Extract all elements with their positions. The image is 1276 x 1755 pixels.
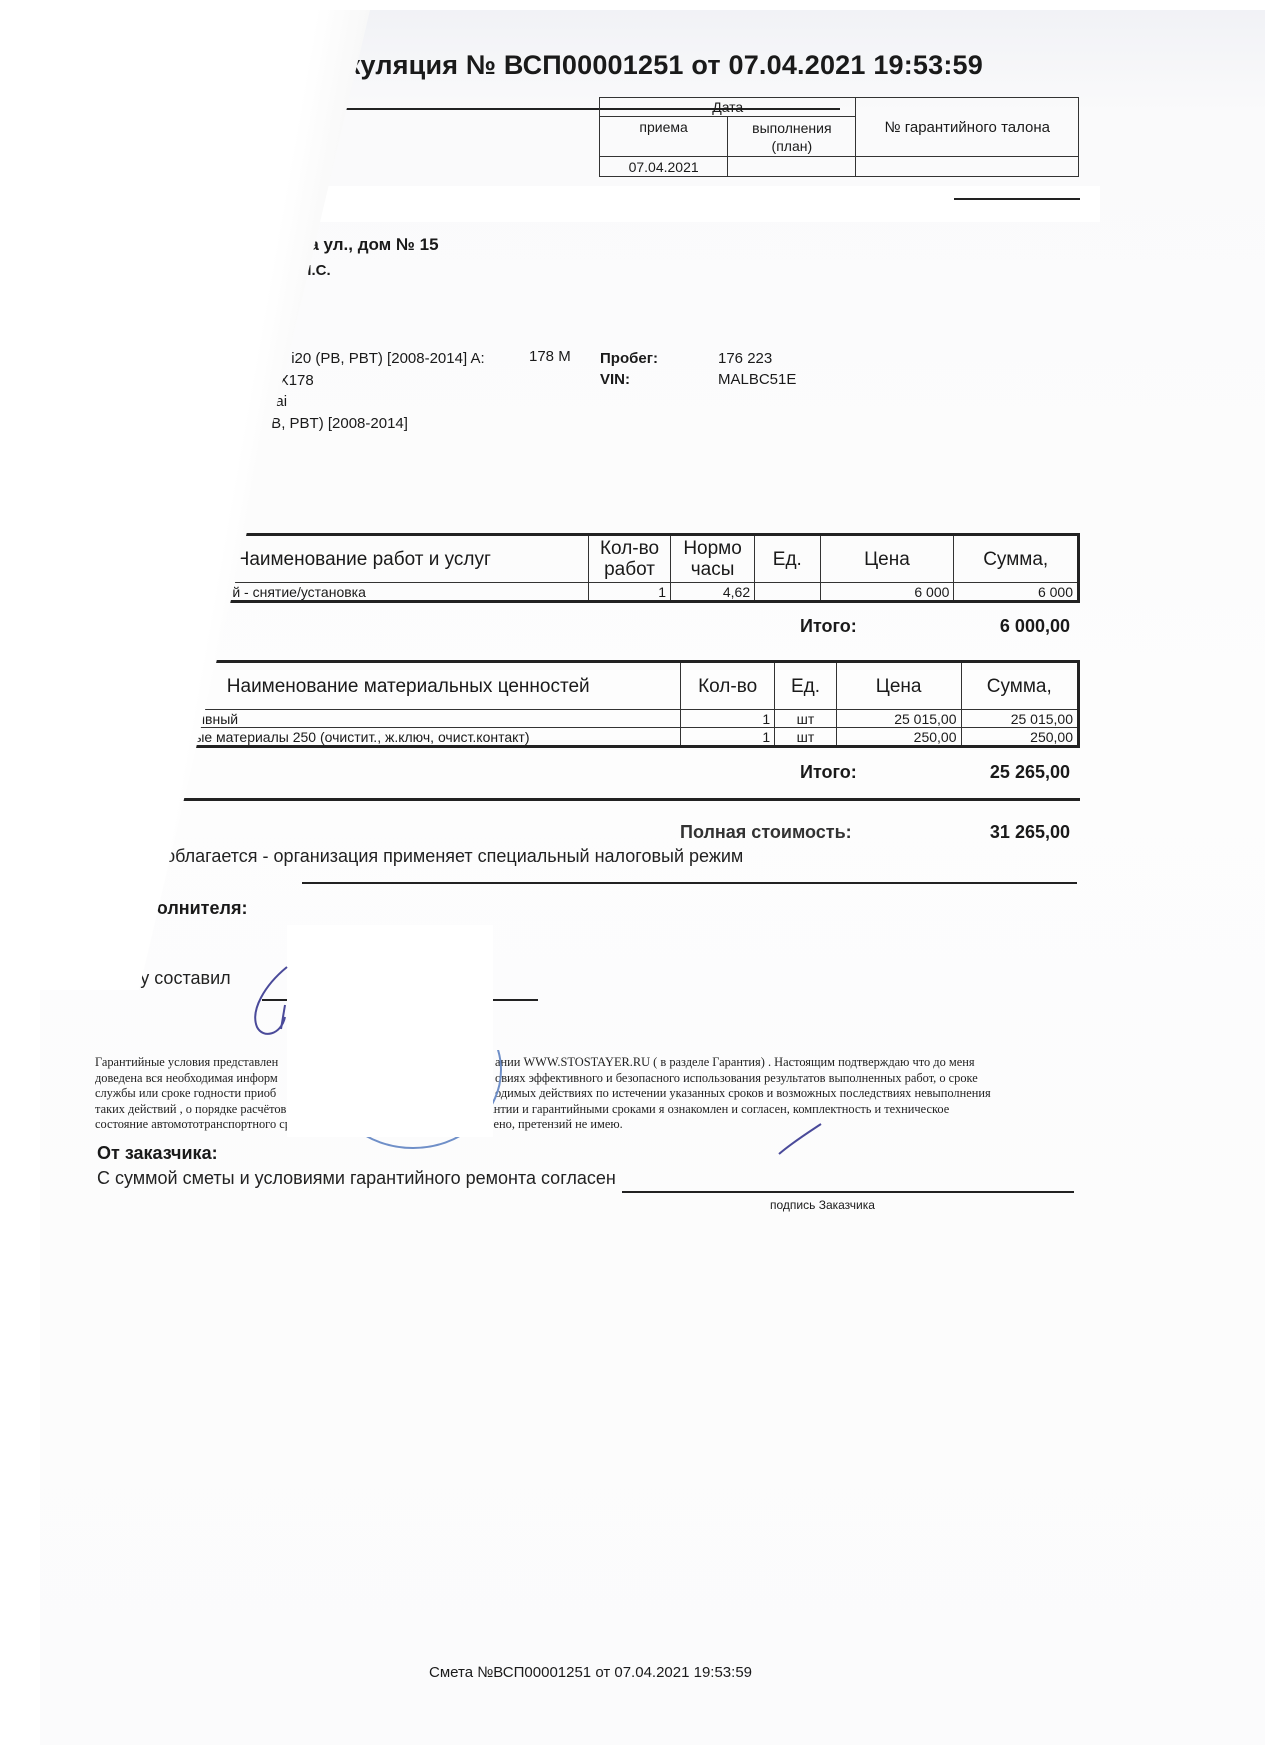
works-col-unit: Ед.: [755, 535, 820, 583]
materials-row-name: Расходные материалы 250 (очистит., ж.клю…: [136, 728, 681, 747]
vat-note: НДС не облагается - организация применяе…: [97, 846, 743, 867]
header-rule-fragment: [954, 198, 1080, 200]
warranty-line-1a: Гарантийные условия представлен: [95, 1055, 278, 1069]
works-col-sum: Сумма,: [954, 535, 1079, 583]
customer-signature-caption: подпись Заказчика: [770, 1198, 875, 1212]
warranty-line-2b: овиях эффективного и безопасного использ…: [495, 1071, 978, 1087]
vin-label: VIN:: [600, 371, 630, 388]
warranty-line-5: состояние автомототранспортного средства…: [95, 1117, 1085, 1133]
materials-row-sum: 250,00: [961, 728, 1079, 747]
dates-table: Дата № гарантийного талона приема выполн…: [599, 97, 1079, 177]
signature-icon: [245, 965, 305, 1040]
warranty-line-4: таких действий , о порядке расчётов за о…: [95, 1102, 1085, 1118]
document-title: ькуляция № ВСП00001251 от 07.04.2021 19:…: [330, 50, 983, 81]
receipt-date-value: 07.04.2021: [600, 157, 728, 177]
works-row-hours: 4,62: [671, 583, 755, 602]
table-row: 2 Расходные материалы 250 (очистит., ж.к…: [97, 728, 1079, 747]
materials-row-price: 250,00: [836, 728, 961, 747]
works-row-qty: 1: [589, 583, 671, 602]
materials-col-unit: Ед.: [775, 662, 837, 710]
materials-col-qty: Кол-во: [681, 662, 775, 710]
table-row: 1 Бак топливный 1 шт 25 015,00 25 015,00: [97, 710, 1079, 728]
warranty-number-value: [856, 157, 1079, 177]
estimate-page: ькуляция № ВСП00001251 от 07.04.2021 19:…: [40, 10, 1265, 1745]
warranty-text: Гарантийные условия представлен ании WWW…: [95, 1055, 1085, 1133]
receipt-date-header: приема: [600, 117, 728, 157]
completion-date-header: выполнения (план): [728, 117, 856, 157]
completion-date-value: [728, 157, 856, 177]
materials-row-sum: 25 015,00: [961, 710, 1079, 728]
warranty-line-1b: ании WWW.STOSTAYER.RU ( в разделе Гарант…: [495, 1055, 975, 1071]
materials-row-price: 25 015,00: [836, 710, 961, 728]
materials-row-unit: шт: [775, 728, 837, 747]
mileage-value: 176 223: [718, 350, 772, 367]
works-total-value: 6 000,00: [920, 616, 1070, 637]
works-row-price: 6 000: [820, 583, 954, 602]
warranty-number-header: № гарантийного талона: [856, 98, 1079, 157]
materials-row-qty: 1: [681, 728, 775, 747]
customer-agreement: С суммой сметы и условиями гарантийного …: [97, 1168, 616, 1189]
works-row-sum: 6 000: [954, 583, 1079, 602]
full-cost-label: Полная стоимость:: [680, 822, 852, 843]
materials-row-unit: шт: [775, 710, 837, 728]
summary-rule: [95, 798, 1080, 801]
page-curl: [40, 10, 370, 990]
works-col-hours: Нормо часы: [671, 535, 755, 583]
redacted-signature-area: [287, 925, 493, 1137]
mileage-label: Пробег:: [600, 350, 658, 367]
warranty-line-3a: службы или сроке годности приоб: [95, 1086, 276, 1100]
customer-signature-icon: [775, 1122, 825, 1156]
warranty-line-3b: одимых действиях по истечении указанных …: [495, 1086, 991, 1102]
customer-sign-heading: От заказчика:: [97, 1143, 218, 1164]
materials-col-price: Цена: [836, 662, 961, 710]
materials-row-qty: 1: [681, 710, 775, 728]
warranty-line-2a: доведена вся необходимая информ: [95, 1071, 278, 1085]
vat-underline: [302, 882, 1077, 884]
works-total-label: Итого:: [800, 616, 857, 637]
materials-total-value: 25 265,00: [920, 762, 1070, 783]
works-col-qty: Кол-во работ: [589, 535, 671, 583]
materials-total-label: Итого:: [800, 762, 857, 783]
full-cost-value: 31 265,00: [920, 822, 1070, 843]
works-row-unit: [755, 583, 820, 602]
date-group-header: Дата: [600, 98, 856, 117]
materials-col-sum: Сумма,: [961, 662, 1079, 710]
materials-table: № Наименование материальных ценностей Ко…: [95, 660, 1080, 748]
car-value-suffix: 178 M: [529, 348, 571, 365]
vin-value: MALBC51E: [718, 371, 796, 388]
customer-signature-line: [622, 1191, 1074, 1193]
works-col-price: Цена: [820, 535, 954, 583]
document-footer: Смета №ВСП00001251 от 07.04.2021 19:53:5…: [429, 1664, 752, 1681]
